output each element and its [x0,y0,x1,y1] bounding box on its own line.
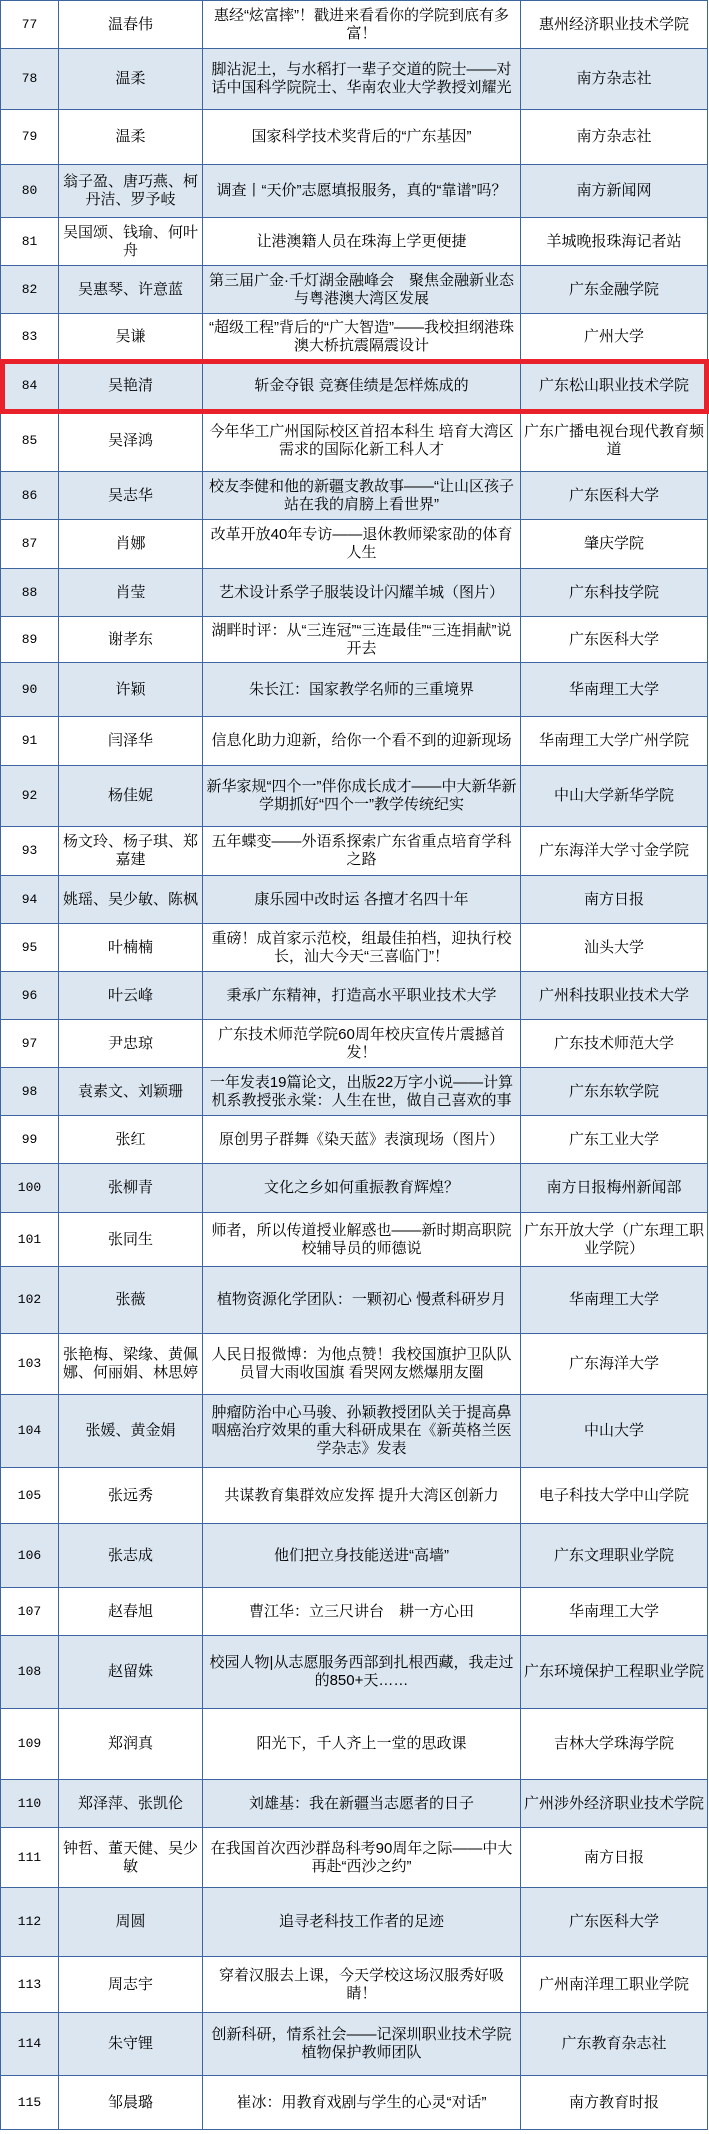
author-cell: 张红 [59,1116,203,1164]
author-cell: 温柔 [59,110,203,165]
row-number: 83 [1,314,59,361]
table-row-highlighted: 84吴艳清斩金夺银 竞赛佳绩是怎样炼成的广东松山职业技术学院 [1,361,708,411]
unit-cell: 广东医科大学 [521,617,708,663]
table-row: 99张红原创男子群舞《染天蓝》表演现场（图片）广东工业大学 [1,1116,708,1164]
table-row: 78温柔脚沾泥土，与水稻打一辈子交道的院士——对话中国科学院院士、华南农业大学教… [1,49,708,110]
title-cell: 重磅！成首家示范校，组最佳拍档，迎执行校长，汕大今天“三喜临门”！ [203,924,521,972]
table-row: 113周志宇穿着汉服去上课，今天学校这场汉服秀好吸睛！广州南洋理工职业学院 [1,1957,708,2013]
title-cell: 穿着汉服去上课，今天学校这场汉服秀好吸睛！ [203,1957,521,2013]
author-cell: 袁素文、刘颖珊 [59,1068,203,1116]
unit-cell: 广东医科大学 [521,472,708,520]
table-row: 109郑润真阳光下，千人齐上一堂的思政课吉林大学珠海学院 [1,1709,708,1780]
row-number: 92 [1,766,59,827]
title-cell: 肿瘤防治中心马骏、孙颖教授团队关于提高鼻咽癌治疗效果的重大科研成果在《新英格兰医… [203,1395,521,1468]
table-row: 92杨佳妮新华家规“四个一”伴你成长成才——中大新华新学期抓好“四个一”教学传统… [1,766,708,827]
title-cell: 脚沾泥土，与水稻打一辈子交道的院士——对话中国科学院院士、华南农业大学教授刘耀光 [203,49,521,110]
unit-cell: 华南理工大学 [521,1267,708,1334]
unit-cell: 华南理工大学 [521,663,708,717]
table-row: 93杨文玲、杨子琪、郑嘉建五年蝶变——外语系探索广东省重点培育学科之路广东海洋大… [1,827,708,876]
author-cell: 吴国颂、钱瑜、何叶舟 [59,218,203,266]
row-number: 100 [1,1164,59,1213]
unit-cell: 南方杂志社 [521,110,708,165]
row-number: 106 [1,1524,59,1588]
row-number: 112 [1,1888,59,1957]
table-row: 97尹忠琼广东技术师范学院60周年校庆宣传片震撼首发！广东技术师范大学 [1,1020,708,1068]
title-cell: 朱长江：国家教学名师的三重境界 [203,663,521,717]
author-cell: 周志宇 [59,1957,203,2013]
row-number: 102 [1,1267,59,1334]
title-cell: 共谋教育集群效应发挥 提升大湾区创新力 [203,1468,521,1524]
row-number: 97 [1,1020,59,1068]
title-cell: 五年蝶变——外语系探索广东省重点培育学科之路 [203,827,521,876]
unit-cell: 广州涉外经济职业技术学院 [521,1780,708,1828]
title-cell: 人民日报微博：为他点赞！我校国旗护卫队队员冒大雨收国旗 看哭网友燃爆朋友圈 [203,1334,521,1395]
table-row: 110郑泽萍、张凯伦刘雄基：我在新疆当志愿者的日子广州涉外经济职业技术学院 [1,1780,708,1828]
title-cell: 艺术设计系学子服装设计闪耀羊城（图片） [203,569,521,617]
unit-cell: 南方日报 [521,876,708,924]
title-cell: 新华家规“四个一”伴你成长成才——中大新华新学期抓好“四个一”教学传统纪实 [203,766,521,827]
table-row: 108赵留姝校园人物|从志愿服务西部到扎根西藏，我走过的850+天……广东环境保… [1,1636,708,1709]
table-row: 95叶楠楠重磅！成首家示范校，组最佳拍档，迎执行校长，汕大今天“三喜临门”！汕头… [1,924,708,972]
row-number: 114 [1,2013,59,2076]
row-number: 108 [1,1636,59,1709]
row-number: 80 [1,165,59,218]
row-number: 86 [1,472,59,520]
author-cell: 张薇 [59,1267,203,1334]
author-cell: 郑润真 [59,1709,203,1780]
author-cell: 杨佳妮 [59,766,203,827]
row-number: 111 [1,1828,59,1888]
table-row: 85吴泽鸿今年华工广州国际校区首招本科生 培育大湾区需求的国际化新工科人才广东广… [1,411,708,472]
author-cell: 翁子盈、唐巧燕、柯丹洁、罗予岐 [59,165,203,218]
title-cell: 阳光下，千人齐上一堂的思政课 [203,1709,521,1780]
table-row: 77温春伟惠经“炫富摔”！戳进来看看你的学院到底有多富！惠州经济职业技术学院 [1,1,708,49]
title-cell: 在我国首次西沙群岛科考90周年之际——中大再赴“西沙之约” [203,1828,521,1888]
table-row: 81吴国颂、钱瑜、何叶舟让港澳籍人员在珠海上学更便捷羊城晚报珠海记者站 [1,218,708,266]
title-cell: 校园人物|从志愿服务西部到扎根西藏，我走过的850+天…… [203,1636,521,1709]
unit-cell: 电子科技大学中山学院 [521,1468,708,1524]
table-row: 112周圆追寻老科技工作者的足迹广东医科大学 [1,1888,708,1957]
unit-cell: 肇庆学院 [521,520,708,569]
table-row: 83吴谦“超级工程”背后的“广大智造”——我校担纲港珠澳大桥抗震隔震设计广州大学 [1,314,708,361]
table-row: 98袁素文、刘颖珊一年发表19篇论文，出版22万字小说——计算机系教授张永棠：人… [1,1068,708,1116]
author-cell: 张柳青 [59,1164,203,1213]
row-number: 104 [1,1395,59,1468]
unit-cell: 广东环境保护工程职业学院 [521,1636,708,1709]
unit-cell: 华南理工大学广州学院 [521,717,708,766]
row-number: 77 [1,1,59,49]
unit-cell: 惠州经济职业技术学院 [521,1,708,49]
table-row: 107赵春旭曹江华：立三尺讲台 耕一方心田华南理工大学 [1,1588,708,1636]
unit-cell: 南方新闻网 [521,165,708,218]
table-row: 105张远秀共谋教育集群效应发挥 提升大湾区创新力电子科技大学中山学院 [1,1468,708,1524]
row-number: 94 [1,876,59,924]
author-cell: 尹忠琼 [59,1020,203,1068]
author-cell: 吴谦 [59,314,203,361]
row-number: 89 [1,617,59,663]
author-cell: 吴志华 [59,472,203,520]
row-number: 98 [1,1068,59,1116]
author-cell: 叶楠楠 [59,924,203,972]
title-cell: 崔冰：用教育戏剧与学生的心灵“对话” [203,2076,521,2130]
table-row: 80翁子盈、唐巧燕、柯丹洁、罗予岐调查丨“天价”志愿填报服务，真的“靠谱”吗？南… [1,165,708,218]
row-number: 103 [1,1334,59,1395]
title-cell: “超级工程”背后的“广大智造”——我校担纲港珠澳大桥抗震隔震设计 [203,314,521,361]
row-number: 110 [1,1780,59,1828]
row-number: 78 [1,49,59,110]
unit-cell: 广东广播电视台现代教育频道 [521,411,708,472]
author-cell: 谢孝东 [59,617,203,663]
unit-cell: 广东医科大学 [521,1888,708,1957]
unit-cell: 羊城晚报珠海记者站 [521,218,708,266]
author-cell: 邹晨璐 [59,2076,203,2130]
title-cell: 校友李健和他的新疆支教故事——“让山区孩子站在我的肩膀上看世界” [203,472,521,520]
row-number: 82 [1,266,59,314]
title-cell: 斩金夺银 竞赛佳绩是怎样炼成的 [203,361,521,411]
unit-cell: 广东技术师范大学 [521,1020,708,1068]
unit-cell: 广州科技职业技术大学 [521,972,708,1020]
title-cell: 植物资源化学团队：一颗初心 慢煮科研岁月 [203,1267,521,1334]
author-cell: 张远秀 [59,1468,203,1524]
author-cell: 钟哲、董天健、吴少敏 [59,1828,203,1888]
row-number: 90 [1,663,59,717]
table-row: 87肖娜改革开放40年专访——退休教师梁家劭的体育人生肇庆学院 [1,520,708,569]
title-cell: 刘雄基：我在新疆当志愿者的日子 [203,1780,521,1828]
table-row: 103张艳梅、梁缘、黄佩娜、何丽娟、林思婷人民日报微博：为他点赞！我校国旗护卫队… [1,1334,708,1395]
title-cell: 师者，所以传道授业解惑也——新时期高职院校辅导员的师德说 [203,1213,521,1267]
unit-cell: 华南理工大学 [521,1588,708,1636]
author-cell: 叶云峰 [59,972,203,1020]
title-cell: 曹江华：立三尺讲台 耕一方心田 [203,1588,521,1636]
title-cell: 他们把立身技能送进“高墙” [203,1524,521,1588]
author-cell: 张艳梅、梁缘、黄佩娜、何丽娟、林思婷 [59,1334,203,1395]
table-row: 94姚瑶、吴少敏、陈枫康乐园中改时运 各擅才名四十年南方日报 [1,876,708,924]
row-number: 85 [1,411,59,472]
unit-cell: 广东金融学院 [521,266,708,314]
row-number: 84 [1,361,59,411]
author-cell: 吴艳清 [59,361,203,411]
title-cell: 今年华工广州国际校区首招本科生 培育大湾区需求的国际化新工科人才 [203,411,521,472]
author-cell: 姚瑶、吴少敏、陈枫 [59,876,203,924]
unit-cell: 广东海洋大学寸金学院 [521,827,708,876]
unit-cell: 南方日报梅州新闻部 [521,1164,708,1213]
author-cell: 肖莹 [59,569,203,617]
unit-cell: 广州南洋理工职业学院 [521,1957,708,2013]
unit-cell: 广东开放大学（广东理工职业学院） [521,1213,708,1267]
row-number: 81 [1,218,59,266]
row-number: 109 [1,1709,59,1780]
row-number: 107 [1,1588,59,1636]
unit-cell: 广东教育杂志社 [521,2013,708,2076]
table-row: 115邹晨璐崔冰：用教育戏剧与学生的心灵“对话”南方教育时报 [1,2076,708,2130]
title-cell: 康乐园中改时运 各擅才名四十年 [203,876,521,924]
author-cell: 张志成 [59,1524,203,1588]
unit-cell: 广东文理职业学院 [521,1524,708,1588]
table-row: 89谢孝东湖畔时评：从“三连冠”“三连最佳”“三连捐献”说开去广东医科大学 [1,617,708,663]
table-row: 106张志成他们把立身技能送进“高墙”广东文理职业学院 [1,1524,708,1588]
title-cell: 改革开放40年专访——退休教师梁家劭的体育人生 [203,520,521,569]
author-cell: 周圆 [59,1888,203,1957]
author-cell: 许颖 [59,663,203,717]
table-row: 114朱守锂创新科研，情系社会——记深圳职业技术学院植物保护教师团队广东教育杂志… [1,2013,708,2076]
author-cell: 温春伟 [59,1,203,49]
unit-cell: 中山大学 [521,1395,708,1468]
row-number: 91 [1,717,59,766]
title-cell: 信息化助力迎新，给你一个看不到的迎新现场 [203,717,521,766]
row-number: 113 [1,1957,59,2013]
author-cell: 赵春旭 [59,1588,203,1636]
row-number: 93 [1,827,59,876]
row-number: 79 [1,110,59,165]
author-cell: 郑泽萍、张凯伦 [59,1780,203,1828]
author-cell: 朱守锂 [59,2013,203,2076]
table-row: 86吴志华校友李健和他的新疆支教故事——“让山区孩子站在我的肩膀上看世界”广东医… [1,472,708,520]
author-cell: 杨文玲、杨子琪、郑嘉建 [59,827,203,876]
author-cell: 张同生 [59,1213,203,1267]
unit-cell: 南方杂志社 [521,49,708,110]
title-cell: 调查丨“天价”志愿填报服务，真的“靠谱”吗？ [203,165,521,218]
row-number: 115 [1,2076,59,2130]
row-number: 96 [1,972,59,1020]
table-row: 102张薇植物资源化学团队：一颗初心 慢煮科研岁月华南理工大学 [1,1267,708,1334]
row-number: 88 [1,569,59,617]
title-cell: 第三届广金·千灯湖金融峰会 聚焦金融新业态与粤港澳大湾区发展 [203,266,521,314]
unit-cell: 广东东软学院 [521,1068,708,1116]
row-number: 99 [1,1116,59,1164]
author-cell: 肖娜 [59,520,203,569]
table-row: 90许颖朱长江：国家教学名师的三重境界华南理工大学 [1,663,708,717]
title-cell: 让港澳籍人员在珠海上学更便捷 [203,218,521,266]
author-cell: 温柔 [59,49,203,110]
unit-cell: 广东科技学院 [521,569,708,617]
title-cell: 一年发表19篇论文，出版22万字小说——计算机系教授张永棠：人生在世，做自己喜欢… [203,1068,521,1116]
table-row: 96叶云峰秉承广东精神，打造高水平职业技术大学广州科技职业技术大学 [1,972,708,1020]
row-number: 87 [1,520,59,569]
table-row: 91闫泽华信息化助力迎新，给你一个看不到的迎新现场华南理工大学广州学院 [1,717,708,766]
unit-cell: 广东工业大学 [521,1116,708,1164]
title-cell: 国家科学技术奖背后的“广东基因” [203,110,521,165]
title-cell: 广东技术师范学院60周年校庆宣传片震撼首发！ [203,1020,521,1068]
title-cell: 湖畔时评：从“三连冠”“三连最佳”“三连捐献”说开去 [203,617,521,663]
row-number: 95 [1,924,59,972]
row-number: 101 [1,1213,59,1267]
author-cell: 张媛、黄金娟 [59,1395,203,1468]
table-row: 100张柳青文化之乡如何重振教育辉煌？南方日报梅州新闻部 [1,1164,708,1213]
title-cell: 创新科研，情系社会——记深圳职业技术学院植物保护教师团队 [203,2013,521,2076]
title-cell: 追寻老科技工作者的足迹 [203,1888,521,1957]
title-cell: 惠经“炫富摔”！戳进来看看你的学院到底有多富！ [203,1,521,49]
table-row: 111钟哲、董天健、吴少敏在我国首次西沙群岛科考90周年之际——中大再赴“西沙之… [1,1828,708,1888]
awards-table: 77温春伟惠经“炫富摔”！戳进来看看你的学院到底有多富！惠州经济职业技术学院 7… [0,0,708,2130]
author-cell: 闫泽华 [59,717,203,766]
unit-cell: 南方日报 [521,1828,708,1888]
unit-cell: 广东海洋大学 [521,1334,708,1395]
title-cell: 原创男子群舞《染天蓝》表演现场（图片） [203,1116,521,1164]
unit-cell: 中山大学新华学院 [521,766,708,827]
table-row: 82吴惠琴、许意蓝第三届广金·千灯湖金融峰会 聚焦金融新业态与粤港澳大湾区发展广… [1,266,708,314]
title-cell: 秉承广东精神，打造高水平职业技术大学 [203,972,521,1020]
table-row: 79温柔国家科学技术奖背后的“广东基因”南方杂志社 [1,110,708,165]
table-row: 101张同生师者，所以传道授业解惑也——新时期高职院校辅导员的师德说广东开放大学… [1,1213,708,1267]
unit-cell: 广州大学 [521,314,708,361]
unit-cell: 吉林大学珠海学院 [521,1709,708,1780]
title-cell: 文化之乡如何重振教育辉煌？ [203,1164,521,1213]
unit-cell: 广东松山职业技术学院 [521,361,708,411]
unit-cell: 南方教育时报 [521,2076,708,2130]
row-number: 105 [1,1468,59,1524]
table-row: 88肖莹艺术设计系学子服装设计闪耀羊城（图片）广东科技学院 [1,569,708,617]
author-cell: 吴惠琴、许意蓝 [59,266,203,314]
author-cell: 吴泽鸿 [59,411,203,472]
author-cell: 赵留姝 [59,1636,203,1709]
table-row: 104张媛、黄金娟肿瘤防治中心马骏、孙颖教授团队关于提高鼻咽癌治疗效果的重大科研… [1,1395,708,1468]
unit-cell: 汕头大学 [521,924,708,972]
